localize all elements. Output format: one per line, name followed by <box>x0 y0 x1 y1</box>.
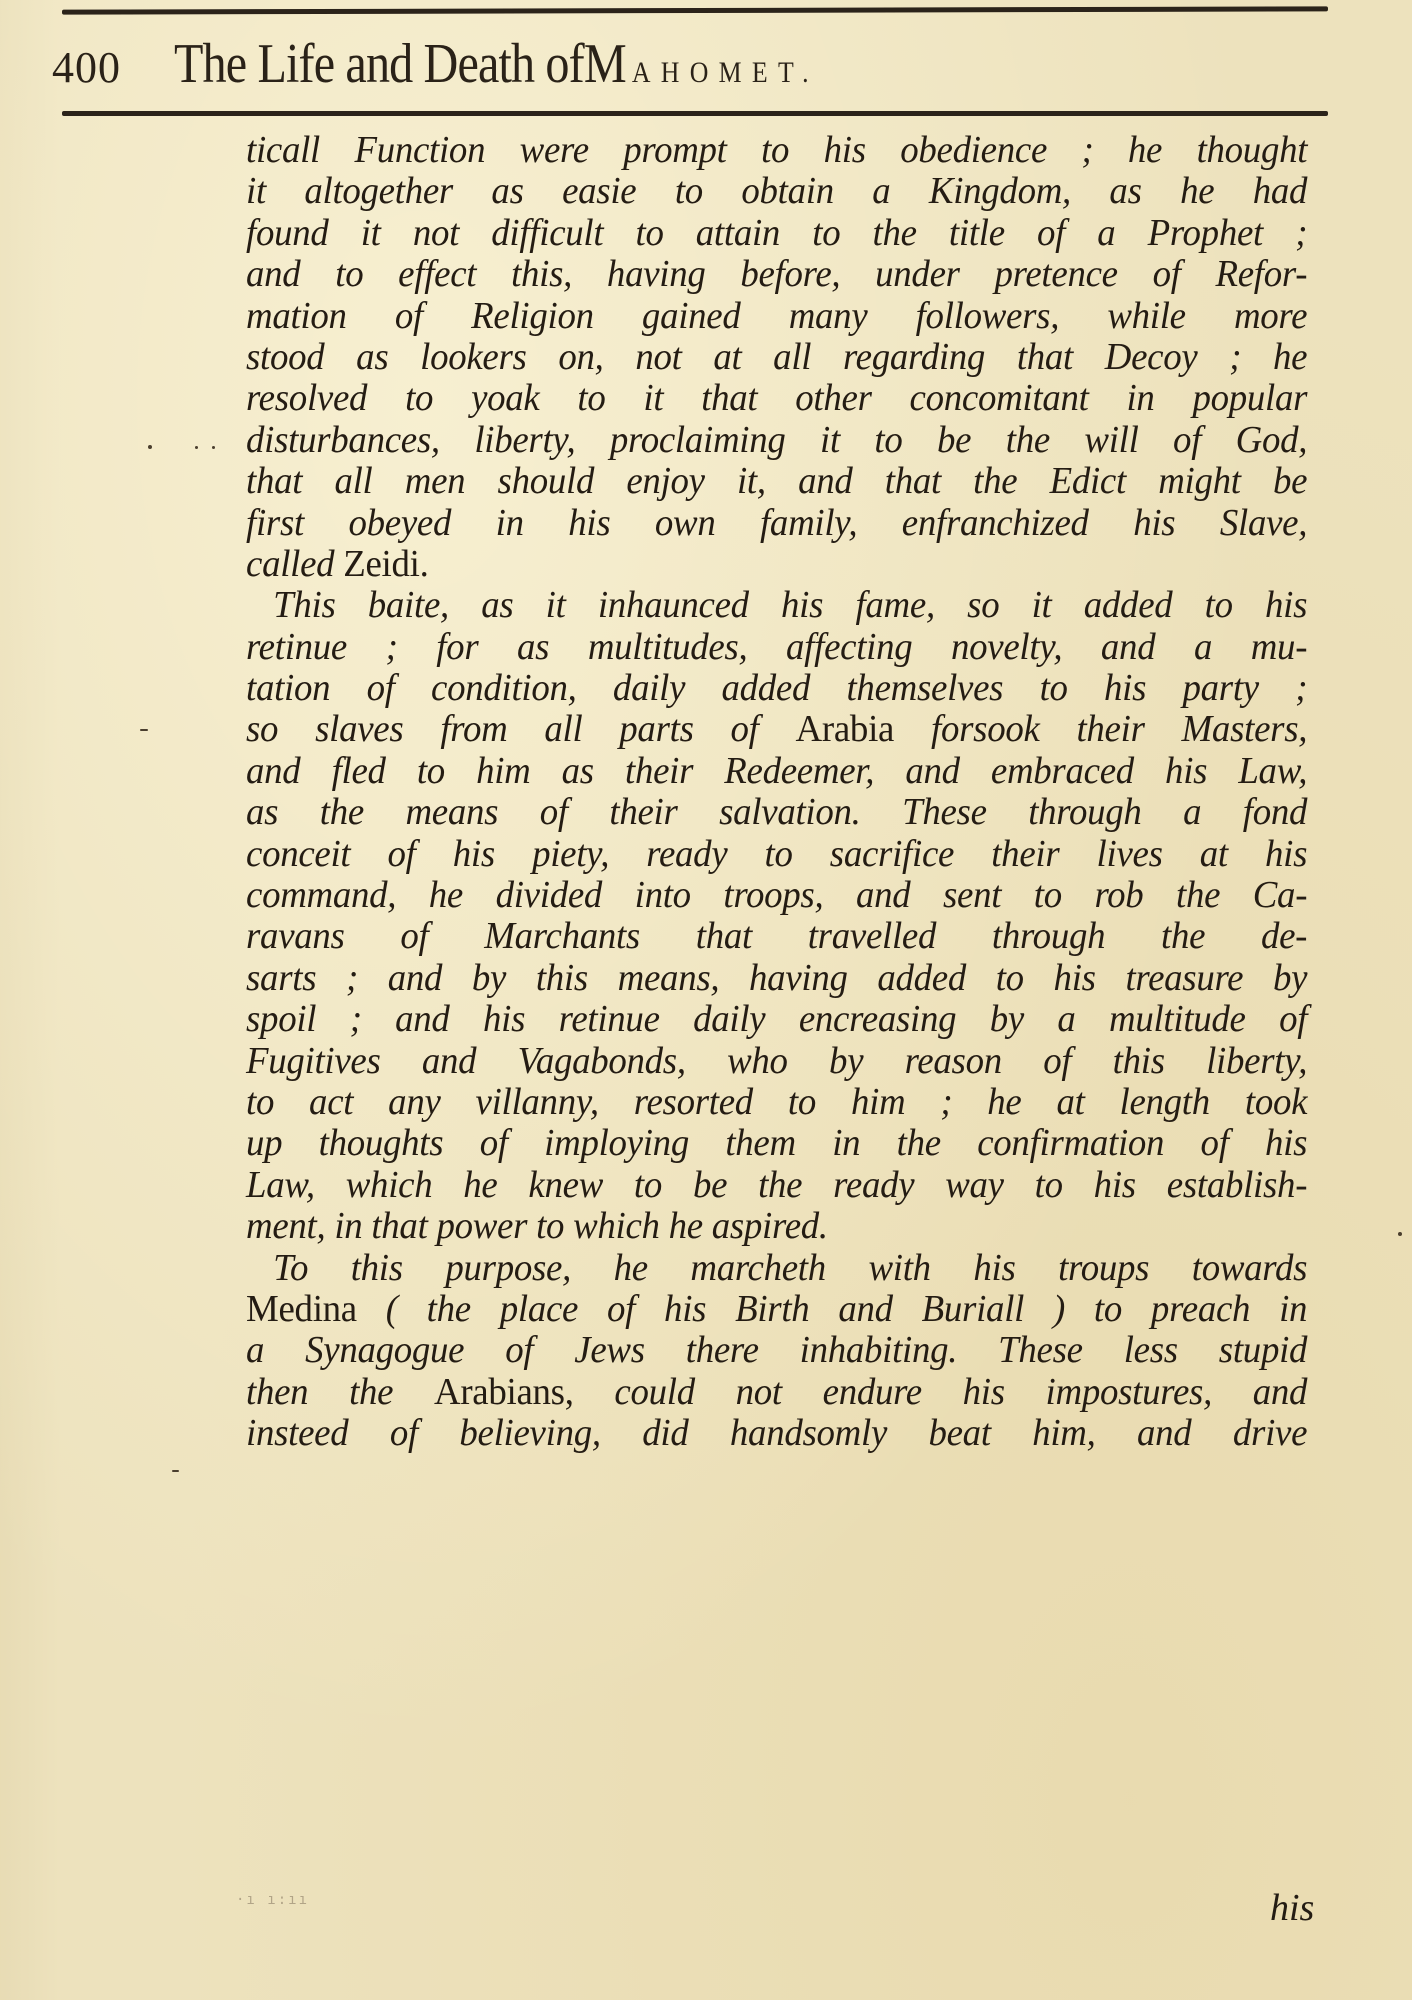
page-number: 400 <box>52 26 174 110</box>
italic-text-segment: Fugitives and Vagabonds, who by reason o… <box>246 1040 1307 1082</box>
italic-text-segment: insteed of believing, did handsomly beat… <box>246 1412 1307 1454</box>
roman-text-segment: Zeidi. <box>343 543 428 585</box>
italic-text-segment: ravans of Marchants that travelled throu… <box>246 915 1307 957</box>
text-line: a Synagogue of Jews there inhabiting. Th… <box>246 1330 1307 1371</box>
italic-text-segment: and fled to him as their Redeemer, and e… <box>246 750 1307 792</box>
text-line: it altogether as easie to obtain a Kingd… <box>246 171 1307 212</box>
text-line: command, he divided into troops, and sen… <box>246 875 1307 916</box>
italic-text-segment: and to effect this, having before, under… <box>246 253 1307 295</box>
italic-text-segment: called <box>246 543 343 585</box>
italic-text-segment: command, he divided into troops, and sen… <box>246 874 1307 916</box>
text-line: retinue ; for as multitudes, affecting n… <box>246 627 1307 668</box>
running-title-text: The Life and Death of <box>174 33 584 95</box>
body-text: ticall Function were prompt to his obedi… <box>246 130 1340 1455</box>
text-line: as the means of their salvation. These t… <box>246 792 1307 833</box>
text-line: stood as lookers on, not at all regardin… <box>246 337 1307 378</box>
italic-text-segment: stood as lookers on, not at all regardin… <box>246 336 1307 378</box>
italic-text-segment: To this purpose, he marcheth with his tr… <box>273 1247 1307 1289</box>
italic-text-segment: so slaves from all parts of <box>246 708 796 750</box>
margin-speck <box>212 446 215 449</box>
margin-speck <box>148 445 152 449</box>
margin-speck <box>140 729 148 731</box>
margin-speck <box>195 446 198 449</box>
page-header: 400 The Life and Death ofMAHOMET. <box>52 22 1332 106</box>
text-line: that all men should enjoy it, and that t… <box>246 461 1307 502</box>
italic-text-segment: a Synagogue of Jews there inhabiting. Th… <box>246 1329 1307 1371</box>
text-line: called Zeidi. <box>246 544 1307 585</box>
text-line: ravans of Marchants that travelled throu… <box>246 916 1307 957</box>
italic-text-segment: Law, which he knew to be the ready way t… <box>246 1164 1307 1206</box>
italic-text-segment: resolved to yoak to it that other concom… <box>246 377 1307 419</box>
running-title-name-rest: AHOMET. <box>632 56 819 89</box>
ink-smudge: ·ı ı:ıı <box>236 1892 316 1914</box>
italic-text-segment: could not endure his impostures, and <box>574 1371 1308 1413</box>
italic-text-segment: then the <box>246 1371 434 1413</box>
italic-text-segment: first obeyed in his own family, enfranch… <box>246 502 1307 544</box>
text-line: found it not difficult to attain to the … <box>246 213 1307 254</box>
roman-text-segment: Arabians, <box>434 1371 574 1413</box>
italic-text-segment: disturbances, liberty, proclaiming it to… <box>246 419 1307 461</box>
text-line: to act any villanny, resorted to him ; h… <box>246 1082 1307 1123</box>
running-title: The Life and Death ofMAHOMET. <box>174 22 819 115</box>
text-line: spoil ; and his retinue daily encreasing… <box>246 999 1307 1040</box>
text-line: so slaves from all parts of Arabia forso… <box>246 709 1307 750</box>
italic-text-segment: This baite, as it inhaunced his fame, so… <box>273 584 1307 626</box>
text-line: Medina ( the place of his Birth and Buri… <box>246 1289 1307 1330</box>
italic-text-segment: as the means of their salvation. These t… <box>246 791 1307 833</box>
header-top-rule <box>62 6 1328 14</box>
italic-text-segment: found it not difficult to attain to the … <box>246 212 1307 254</box>
italic-text-segment: sarts ; and by this means, having added … <box>246 957 1307 999</box>
italic-text-segment: ( the place of his Birth and Buriall ) t… <box>357 1288 1307 1330</box>
text-line: tation of condition, daily added themsel… <box>246 668 1307 709</box>
text-line: disturbances, liberty, proclaiming it to… <box>246 420 1307 461</box>
italic-text-segment: retinue ; for as multitudes, affecting n… <box>246 626 1307 668</box>
roman-text-segment: Arabia <box>796 708 895 750</box>
italic-text-segment: tation of condition, daily added themsel… <box>246 667 1307 709</box>
catchword: his <box>1270 1886 1314 1930</box>
italic-text-segment: it altogether as easie to obtain a Kingd… <box>246 170 1307 212</box>
text-line: conceit of his piety, ready to sacrifice… <box>246 834 1307 875</box>
margin-speck <box>172 1470 179 1472</box>
text-line: and fled to him as their Redeemer, and e… <box>246 751 1307 792</box>
text-line: insteed of believing, did handsomly beat… <box>246 1413 1307 1454</box>
margin-speck <box>1398 1232 1402 1236</box>
text-line: To this purpose, he marcheth with his tr… <box>246 1248 1307 1289</box>
italic-text-segment: up thoughts of imploying them in the con… <box>246 1122 1307 1164</box>
text-line: resolved to yoak to it that other concom… <box>246 378 1307 419</box>
header-bottom-rule <box>62 111 1328 116</box>
text-line: Law, which he knew to be the ready way t… <box>246 1165 1307 1206</box>
text-line: ment, in that power to which he aspired. <box>246 1206 1307 1247</box>
italic-text-segment: mation of Religion gained many followers… <box>246 295 1307 337</box>
text-line: mation of Religion gained many followers… <box>246 296 1307 337</box>
italic-text-segment: conceit of his piety, ready to sacrifice… <box>246 833 1307 875</box>
text-line: first obeyed in his own family, enfranch… <box>246 503 1307 544</box>
italic-text-segment: ticall Function were prompt to his obedi… <box>246 129 1307 171</box>
text-line: then the Arabians, could not endure his … <box>246 1372 1307 1413</box>
text-line: ticall Function were prompt to his obedi… <box>246 130 1307 171</box>
italic-text-segment: forsook their Masters, <box>894 708 1307 750</box>
text-line: and to effect this, having before, under… <box>246 254 1307 295</box>
text-line: sarts ; and by this means, having added … <box>246 958 1307 999</box>
text-line: Fugitives and Vagabonds, who by reason o… <box>246 1041 1307 1082</box>
italic-text-segment: that all men should enjoy it, and that t… <box>246 460 1307 502</box>
italic-text-segment: spoil ; and his retinue daily encreasing… <box>246 998 1307 1040</box>
roman-text-segment: Medina <box>246 1288 357 1330</box>
text-line: up thoughts of imploying them in the con… <box>246 1123 1307 1164</box>
italic-text-segment: to act any villanny, resorted to him ; h… <box>246 1081 1307 1123</box>
italic-text-segment: ment, in that power to which he aspired. <box>246 1205 828 1247</box>
running-title-name-initial: M <box>584 33 632 95</box>
text-line: This baite, as it inhaunced his fame, so… <box>246 585 1307 626</box>
